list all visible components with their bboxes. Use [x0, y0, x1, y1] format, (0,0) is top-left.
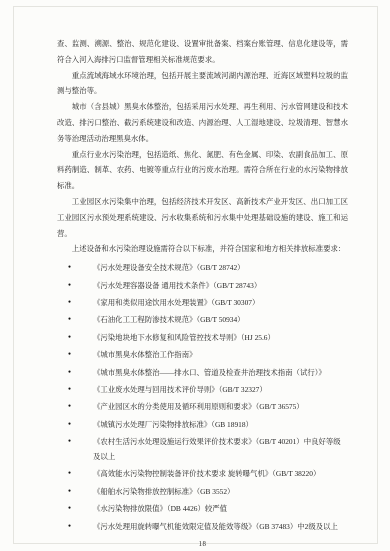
bullet-icon: ●	[57, 312, 93, 327]
standard-list-item: ● 《污水处理容器设备 通用技术条件》（GB/T 28743）	[57, 278, 348, 293]
standard-item-text: 《产业园区水的分类使用及循环利用原则和要求》（GB/T 36575）	[93, 399, 348, 414]
standard-item-text: 《高效能水污染物控制装备评价技术要求 旋转曝气机》（GB/T 38220）	[93, 466, 348, 481]
list-intro-paragraph: 上述设备和水污染治理设施需符合以下标准，并符合国家和地方相关排放标准要求：	[57, 241, 348, 257]
standard-item-text: 《污水处理设备安全技术规范》（GB/T 28742）	[93, 260, 348, 275]
page-content: 查、监测、溯源、整治、规范化建设、设置审批备案、档案台账管理、信息化建设等，需符…	[57, 36, 348, 548]
standard-list-item: ● 《农村生活污水处理设施运行效果评价技术要求》（GB/T 40201）中良好等…	[57, 434, 348, 464]
bullet-icon: ●	[57, 466, 93, 481]
bullet-icon: ●	[57, 434, 93, 449]
standard-item-text: 《污水处理用旋转曝气机能效限定值及能效等级》（GB 37483）中2级及以上	[93, 519, 348, 534]
body-paragraph: 查、监测、溯源、整治、规范化建设、设置审批备案、档案台账管理、信息化建设等，需符…	[57, 36, 348, 68]
bullet-icon: ●	[57, 501, 93, 516]
bullet-icon: ●	[57, 484, 93, 499]
standard-item-text: 《水污染物排放限值》（DB 4426）较严值	[93, 501, 348, 516]
standard-list-item: ● 《高效能水污染物控制装备评价技术要求 旋转曝气机》（GB/T 38220）	[57, 466, 348, 481]
bullet-icon: ●	[57, 417, 93, 432]
standard-item-text: 《污水处理容器设备 通用技术条件》（GB/T 28743）	[93, 278, 348, 293]
standard-list-item: ● 《水污染物排放限值》（DB 4426）较严值	[57, 501, 348, 516]
standard-list-item: ● 《污染地块地下水修复和风险管控技术导则》（HJ 25.6）	[57, 330, 348, 345]
standard-item-text: 《工业废水处理与回用技术评价导则》（GB/T 32327）	[93, 382, 348, 397]
standard-item-text: 《船舶水污染物排放控制标准》（GB 3552）	[93, 484, 348, 499]
body-paragraph: 城市（含县城）黑臭水体整治，包括采用污水处理、再生利用、污水管网建设和技术改造、…	[57, 99, 348, 146]
standard-item-text: 《城市黑臭水体整治工作指南》	[93, 347, 348, 362]
body-paragraph: 重点行业水污染治理，包括造纸、焦化、氮肥、有色金属、印染、农副食品加工、原料药制…	[57, 147, 348, 194]
bullet-icon: ●	[57, 330, 93, 345]
standard-item-text: 《家用和类似用途饮用水处理装置》（GB/T 30307）	[93, 295, 348, 310]
standard-list-item: ● 《家用和类似用途饮用水处理装置》（GB/T 30307）	[57, 295, 348, 310]
bullet-icon: ●	[57, 347, 93, 362]
body-paragraph: 重点流域海域水环境治理，包括开展主要流域河湖内源治理、近海区域塑料垃圾的监测与整…	[57, 68, 348, 100]
standard-list-item: ● 《石油化工工程防渗技术规范》（GB/T 50934）	[57, 312, 348, 327]
bullet-icon: ●	[57, 295, 93, 310]
standard-item-text: 《污染地块地下水修复和风险管控技术导则》（HJ 25.6）	[93, 330, 348, 345]
standard-list-item: ● 《城镇污水处理厂污染物排放标准》（GB 18918）	[57, 417, 348, 432]
standard-item-text: 《石油化工工程防渗技术规范》（GB/T 50934）	[93, 312, 348, 327]
standard-item-text: 《城镇污水处理厂污染物排放标准》（GB 18918）	[93, 417, 348, 432]
bullet-icon: ●	[57, 382, 93, 397]
standards-list: ● 《污水处理设备安全技术规范》（GB/T 28742） ● 《污水处理容器设备…	[57, 260, 348, 533]
standard-list-item: ● 《污水处理用旋转曝气机能效限定值及能效等级》（GB 37483）中2级及以上	[57, 519, 348, 534]
bullet-icon: ●	[57, 399, 93, 414]
body-paragraph: 工业园区水污染集中治理，包括经济技术开发区、高新技术产业开发区、出口加工区工业园…	[57, 194, 348, 241]
standard-item-text: 《农村生活污水处理设施运行效果评价技术要求》（GB/T 40201）中良好等级及…	[93, 434, 348, 464]
bullet-icon: ●	[57, 278, 93, 293]
standard-list-item: ● 《污水处理设备安全技术规范》（GB/T 28742）	[57, 260, 348, 275]
standard-item-text: 《城市黑臭水体整治——排水口、管道及检查井治理技术指南（试行）》	[93, 365, 348, 380]
scanned-document-page: 查、监测、溯源、整治、规范化建设、设置审批备案、档案台账管理、信息化建设等，需符…	[0, 0, 390, 551]
standard-list-item: ● 《产业园区水的分类使用及循环利用原则和要求》（GB/T 36575）	[57, 399, 348, 414]
standard-list-item: ● 《城市黑臭水体整治——排水口、管道及检查井治理技术指南（试行）》	[57, 365, 348, 380]
bullet-icon: ●	[57, 365, 93, 380]
page-number: 18	[57, 541, 348, 548]
standard-list-item: ● 《工业废水处理与回用技术评价导则》（GB/T 32327）	[57, 382, 348, 397]
bullet-icon: ●	[57, 260, 93, 275]
standard-list-item: ● 《船舶水污染物排放控制标准》（GB 3552）	[57, 484, 348, 499]
bullet-icon: ●	[57, 519, 93, 534]
standard-list-item: ● 《城市黑臭水体整治工作指南》	[57, 347, 348, 362]
